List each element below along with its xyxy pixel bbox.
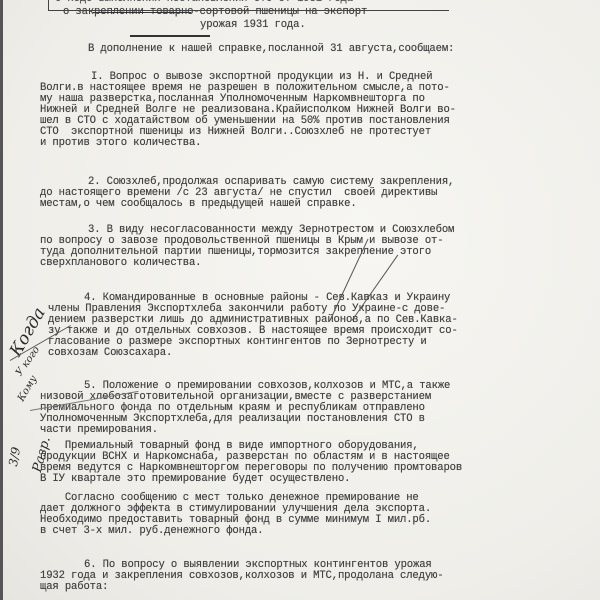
p2-line: местам,о чем сообщалось в предыдущей наш…: [40, 199, 357, 211]
intro-line: В дополнение к нашей справке,посланной 3…: [88, 44, 454, 56]
scanned-document-page: О ходе выполнения постановления СТО от 1…: [0, 0, 600, 600]
p6-line: щая работа:: [40, 582, 108, 594]
p5-line: части премирования.: [40, 425, 158, 437]
handwritten-note: Кому: [16, 374, 39, 404]
handwritten-note: 3/9: [6, 446, 23, 467]
header-line-1: О ходе выполнения постановления СТО от 1…: [55, 0, 353, 6]
header-line-3: урожая 1931 года.: [200, 20, 306, 32]
p1-line: и против этого количества.: [40, 138, 201, 150]
p4-line: совхозам Союзсахара.: [48, 348, 172, 360]
p3-line: сверхпланового количества.: [40, 258, 201, 270]
p5-line: В IУ квартале это премирование будет осу…: [40, 474, 350, 486]
header-underline: [130, 35, 210, 37]
scan-edge: [0, 0, 3, 600]
p5-line: в счет 3-х мил. руб.денежного фонда.: [40, 526, 263, 538]
header-strikethrough: [93, 12, 191, 13]
